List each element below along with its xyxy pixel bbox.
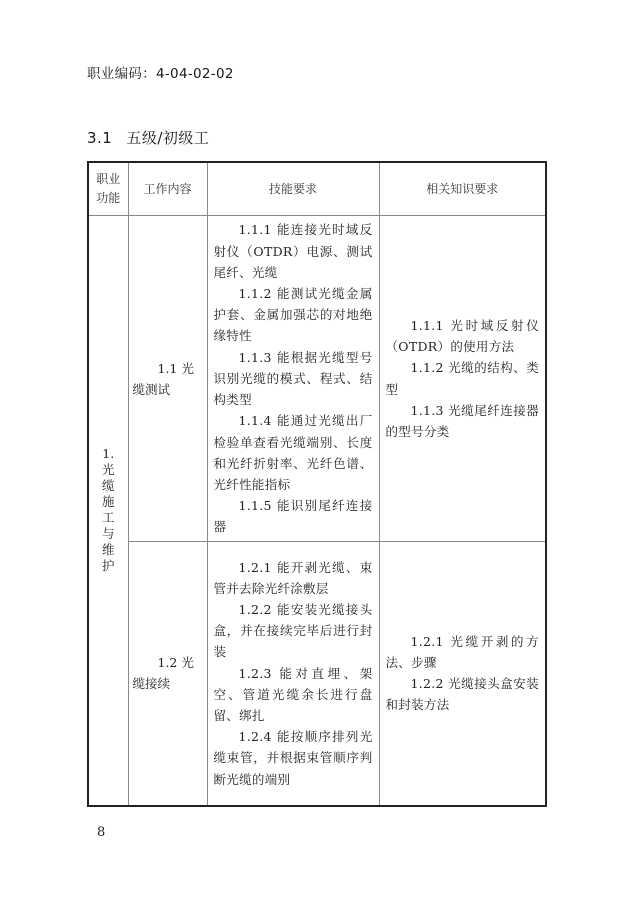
knowledge-item: 1.2.2 光缆接头盒安装和封装方法 <box>386 673 540 715</box>
work-content-cell: 1.2 光缆接续 <box>128 542 207 806</box>
skill-item: 1.2.1 能开剥光缆、束管并去除光纤涂敷层 <box>214 557 373 599</box>
skill-item: 1.2.4 能按顺序排列光缆束管，并根据束管顺序判断光缆的端别 <box>214 726 373 790</box>
work-content-label: 1.2 光缆接续 <box>133 652 203 694</box>
skills-cell: 1.2.1 能开剥光缆、束管并去除光纤涂敷层 1.2.2 能安装光缆接头盒，并在… <box>207 542 379 806</box>
header-knowledge: 相关知识要求 <box>379 162 546 216</box>
work-content-label: 1.1 光缆测试 <box>133 358 203 400</box>
section-heading: 3.1五级/初级工 <box>87 127 209 148</box>
skill-item: 1.1.2 能测试光缆金属护套、金属加强芯的对地绝缘特性 <box>214 283 373 347</box>
skills-cell: 1.1.1 能连接光时域反射仪（OTDR）电源、测试尾纤、光缆 1.1.2 能测… <box>207 216 379 542</box>
knowledge-cell: 1.1.1 光时域反射仪（OTDR）的使用方法 1.1.2 光缆的结构、类型 1… <box>379 216 546 542</box>
section-number: 3.1 <box>87 129 112 147</box>
skill-item: 1.1.5 能识别尾纤连接器 <box>214 495 373 537</box>
knowledge-item: 1.1.1 光时域反射仪（OTDR）的使用方法 <box>386 315 540 357</box>
skill-item: 1.1.1 能连接光时域反射仪（OTDR）电源、测试尾纤、光缆 <box>214 219 373 283</box>
skill-item: 1.2.3 能对直埋、架空、管道光缆余长进行盘留、绑扎 <box>214 663 373 727</box>
skill-item: 1.1.4 能通过光缆出厂检验单查看光缆端别、长度和光纤折射率、光纤色谱、光纤性… <box>214 410 373 495</box>
skills-standard-table: 职业功能 工作内容 技能要求 相关知识要求 1. 光缆施工与维护 1.1 光缆测… <box>87 161 547 807</box>
skill-item: 1.2.2 能安装光缆接头盒，并在接续完毕后进行封装 <box>214 599 373 663</box>
header-function: 职业功能 <box>88 162 128 216</box>
skill-item: 1.1.3 能根据光缆型号识别光缆的模式、程式、结构类型 <box>214 347 373 411</box>
function-cell: 1. 光缆施工与维护 <box>88 216 128 806</box>
knowledge-item: 1.2.1 光缆开剥的方法、步骤 <box>386 631 540 673</box>
page-number: 8 <box>97 825 105 840</box>
table-row: 1.2 光缆接续 1.2.1 能开剥光缆、束管并去除光纤涂敷层 1.2.2 能安… <box>88 542 546 806</box>
table-row: 1. 光缆施工与维护 1.1 光缆测试 1.1.1 能连接光时域反射仪（OTDR… <box>88 216 546 542</box>
table-header-row: 职业功能 工作内容 技能要求 相关知识要求 <box>88 162 546 216</box>
section-title: 五级/初级工 <box>126 129 209 147</box>
function-label: 1. 光缆施工与维护 <box>101 446 115 574</box>
knowledge-item: 1.1.2 光缆的结构、类型 <box>386 357 540 399</box>
occupation-code: 职业编码：4-04-02-02 <box>87 62 234 82</box>
header-work-content: 工作内容 <box>128 162 207 216</box>
knowledge-cell: 1.2.1 光缆开剥的方法、步骤 1.2.2 光缆接头盒安装和封装方法 <box>379 542 546 806</box>
header-skills: 技能要求 <box>207 162 379 216</box>
work-content-cell: 1.1 光缆测试 <box>128 216 207 542</box>
knowledge-item: 1.1.3 光缆尾纤连接器的型号分类 <box>386 400 540 442</box>
